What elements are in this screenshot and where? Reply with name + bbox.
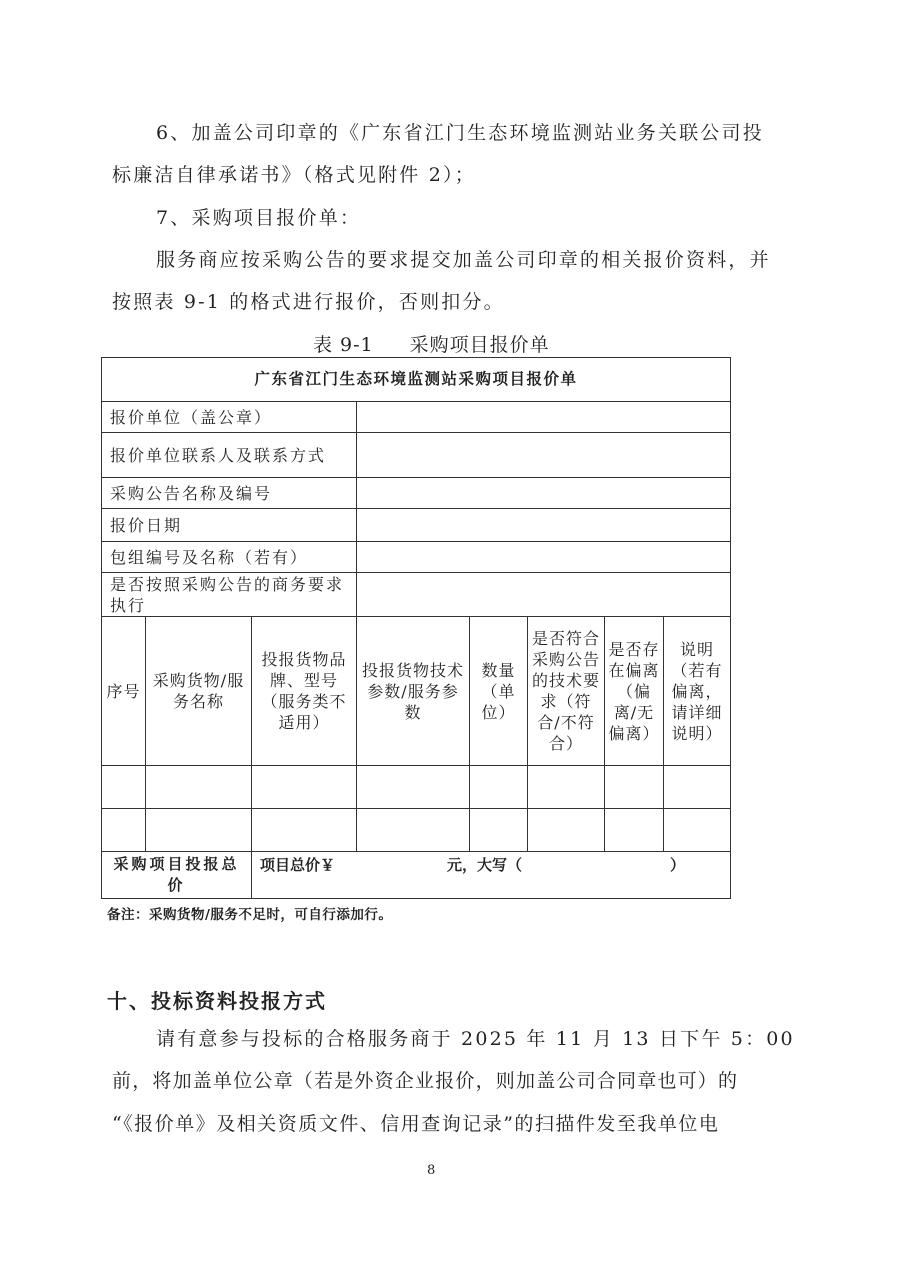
- paragraph-intro-line2: 按照表 9-1 的格式进行报价，否则扣分。: [112, 290, 505, 314]
- col-header-index: 序号: [102, 617, 146, 766]
- section10-line3: “《报价单》及相关资质文件、信用查询记录”的扫描件发至我单位电: [112, 1112, 719, 1136]
- paragraph-item6-line2: 标廉洁自律承诺书》（格式见附件 2）；: [112, 163, 476, 187]
- cell-tech-compliance[interactable]: [528, 766, 605, 809]
- table-note: 备注：采购货物/服务不足时，可自行添加行。: [107, 903, 392, 923]
- cell-deviation[interactable]: [605, 766, 664, 809]
- cell-item-name[interactable]: [146, 766, 252, 809]
- info-label-contact: 报价单位联系人及联系方式: [102, 433, 357, 478]
- col-header-tech-compliance: 是否符合采购公告的技术要求（符合/不符合）: [528, 617, 605, 766]
- info-value-package[interactable]: [357, 542, 731, 573]
- info-value-date[interactable]: [357, 509, 731, 542]
- quote-table: 广东省江门生态环境监测站采购项目报价单 报价单位（盖公章） 报价单位联系人及联系…: [101, 357, 731, 899]
- cell-remarks[interactable]: [664, 766, 731, 809]
- quote-table-title: 广东省江门生态环境监测站采购项目报价单: [102, 358, 731, 402]
- info-label-date: 报价日期: [102, 509, 357, 542]
- cell-deviation[interactable]: [605, 809, 664, 852]
- section10-line1: 请有意参与投标的合格服务商于 2025 年 11 月 13 日下午 5：00: [156, 1027, 795, 1051]
- info-value-contact[interactable]: [357, 433, 731, 478]
- col-header-brand-model: 投报货物品牌、型号（服务类不适用）: [252, 617, 357, 766]
- info-value-bidder[interactable]: [357, 402, 731, 433]
- cell-remarks[interactable]: [664, 809, 731, 852]
- total-close: ）: [670, 856, 685, 874]
- col-header-remarks: 说明（若有偏离，请详细说明）: [664, 617, 731, 766]
- table-row: [102, 809, 731, 852]
- info-label-compliance: 是否按照采购公告的商务要求执行: [102, 573, 357, 617]
- section-heading: 十、投标资料投报方式: [107, 985, 327, 1014]
- col-header-tech-params: 投报货物技术参数/服务参数: [357, 617, 470, 766]
- info-label-bidder: 报价单位（盖公章）: [102, 402, 357, 433]
- table-caption-number: 表 9-1: [313, 334, 374, 356]
- paragraph-item6-line1: 6、加盖公司印章的《广东省江门生态环境监测站业务关联公司投: [156, 121, 764, 145]
- paragraph-intro-line1: 服务商应按采购公告的要求提交加盖公司印章的相关报价资料，并: [156, 248, 771, 272]
- total-unit: 元，大写（: [447, 856, 522, 874]
- table-caption: 表 9-1采购项目报价单: [313, 330, 550, 357]
- cell-tech-params[interactable]: [357, 766, 470, 809]
- table-caption-title: 采购项目报价单: [410, 334, 550, 356]
- cell-brand-model[interactable]: [252, 766, 357, 809]
- col-header-quantity: 数量（单位）: [470, 617, 528, 766]
- cell-index[interactable]: [102, 809, 146, 852]
- cell-tech-params[interactable]: [357, 809, 470, 852]
- cell-brand-model[interactable]: [252, 809, 357, 852]
- page-number: 8: [427, 1163, 435, 1178]
- section10-line2: 前，将加盖单位公章（若是外资企业报价，则加盖公司合同章也可）的: [112, 1069, 738, 1093]
- col-header-item-name: 采购货物/服务名称: [146, 617, 252, 766]
- info-value-announcement[interactable]: [357, 478, 731, 509]
- cell-index[interactable]: [102, 766, 146, 809]
- paragraph-item7: 7、采购项目报价单：: [156, 206, 361, 230]
- table-row: [102, 766, 731, 809]
- total-prefix: 项目总价￥: [260, 856, 335, 874]
- cell-item-name[interactable]: [146, 809, 252, 852]
- cell-quantity[interactable]: [470, 766, 528, 809]
- cell-quantity[interactable]: [470, 809, 528, 852]
- info-label-announcement: 采购公告名称及编号: [102, 478, 357, 509]
- total-value-cell[interactable]: 项目总价￥元，大写（）: [252, 852, 731, 899]
- cell-tech-compliance[interactable]: [528, 809, 605, 852]
- total-label: 采购项目投报总价: [102, 852, 252, 899]
- info-label-package: 包组编号及名称（若有）: [102, 542, 357, 573]
- info-value-compliance[interactable]: [357, 573, 731, 617]
- col-header-deviation: 是否存在偏离（偏离/无偏离）: [605, 617, 664, 766]
